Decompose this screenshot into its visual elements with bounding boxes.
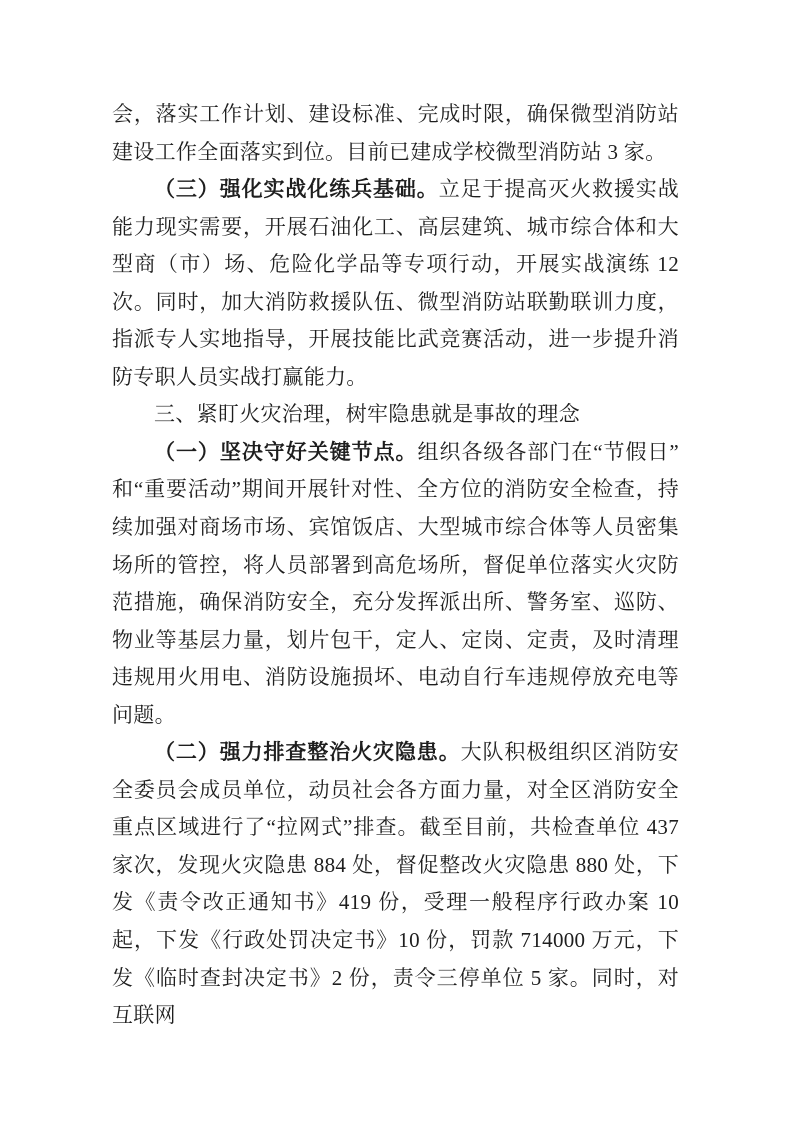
paragraph-text: 会，落实工作计划、建设标准、完成时限，确保微型消防站建设工作全面落实到位。目前已… [112,102,679,164]
paragraph-item-2-hazard-inspection: （二）强力排查整治火灾隐患。大队积极组织区消防安全委员会成员单位，动员社会各方面… [112,734,679,1034]
paragraph-lead-bold: （一）坚决守好关键节点。 [154,440,418,464]
paragraph-section-3-training: （三）强化实战化练兵基础。立足于提高灭火救援实战能力现实需要，开展石油化工、高层… [112,171,679,396]
document-page: 会，落实工作计划、建设标准、完成时限，确保微型消防站建设工作全面落实到位。目前已… [0,0,793,1122]
section-heading-3: 三、紧盯火灾治理，树牢隐患就是事故的理念 [112,396,679,434]
paragraph-lead-bold: （二）强力排查整治火灾隐患。 [154,740,461,764]
paragraph-text: 立足于提高灭火救援实战能力现实需要，开展石油化工、高层建筑、城市综合体和大型商（… [112,177,679,389]
paragraph-continuation: 会，落实工作计划、建设标准、完成时限，确保微型消防站建设工作全面落实到位。目前已… [112,96,679,171]
paragraph-text: 组织各级各部门在“节假日”和“重要活动”期间开展针对性、全方位的消防安全检查，持… [112,440,679,727]
paragraph-item-1-key-nodes: （一）坚决守好关键节点。组织各级各部门在“节假日”和“重要活动”期间开展针对性、… [112,434,679,734]
paragraph-text: 大队积极组织区消防安全委员会成员单位，动员社会各方面力量，对全区消防安全重点区域… [112,740,679,1027]
paragraph-lead-bold: （三）强化实战化练兵基础。 [154,177,439,201]
section-heading-text: 三、紧盯火灾治理，树牢隐患就是事故的理念 [154,402,580,426]
document-text-block: 会，落实工作计划、建设标准、完成时限，确保微型消防站建设工作全面落实到位。目前已… [112,96,679,1035]
